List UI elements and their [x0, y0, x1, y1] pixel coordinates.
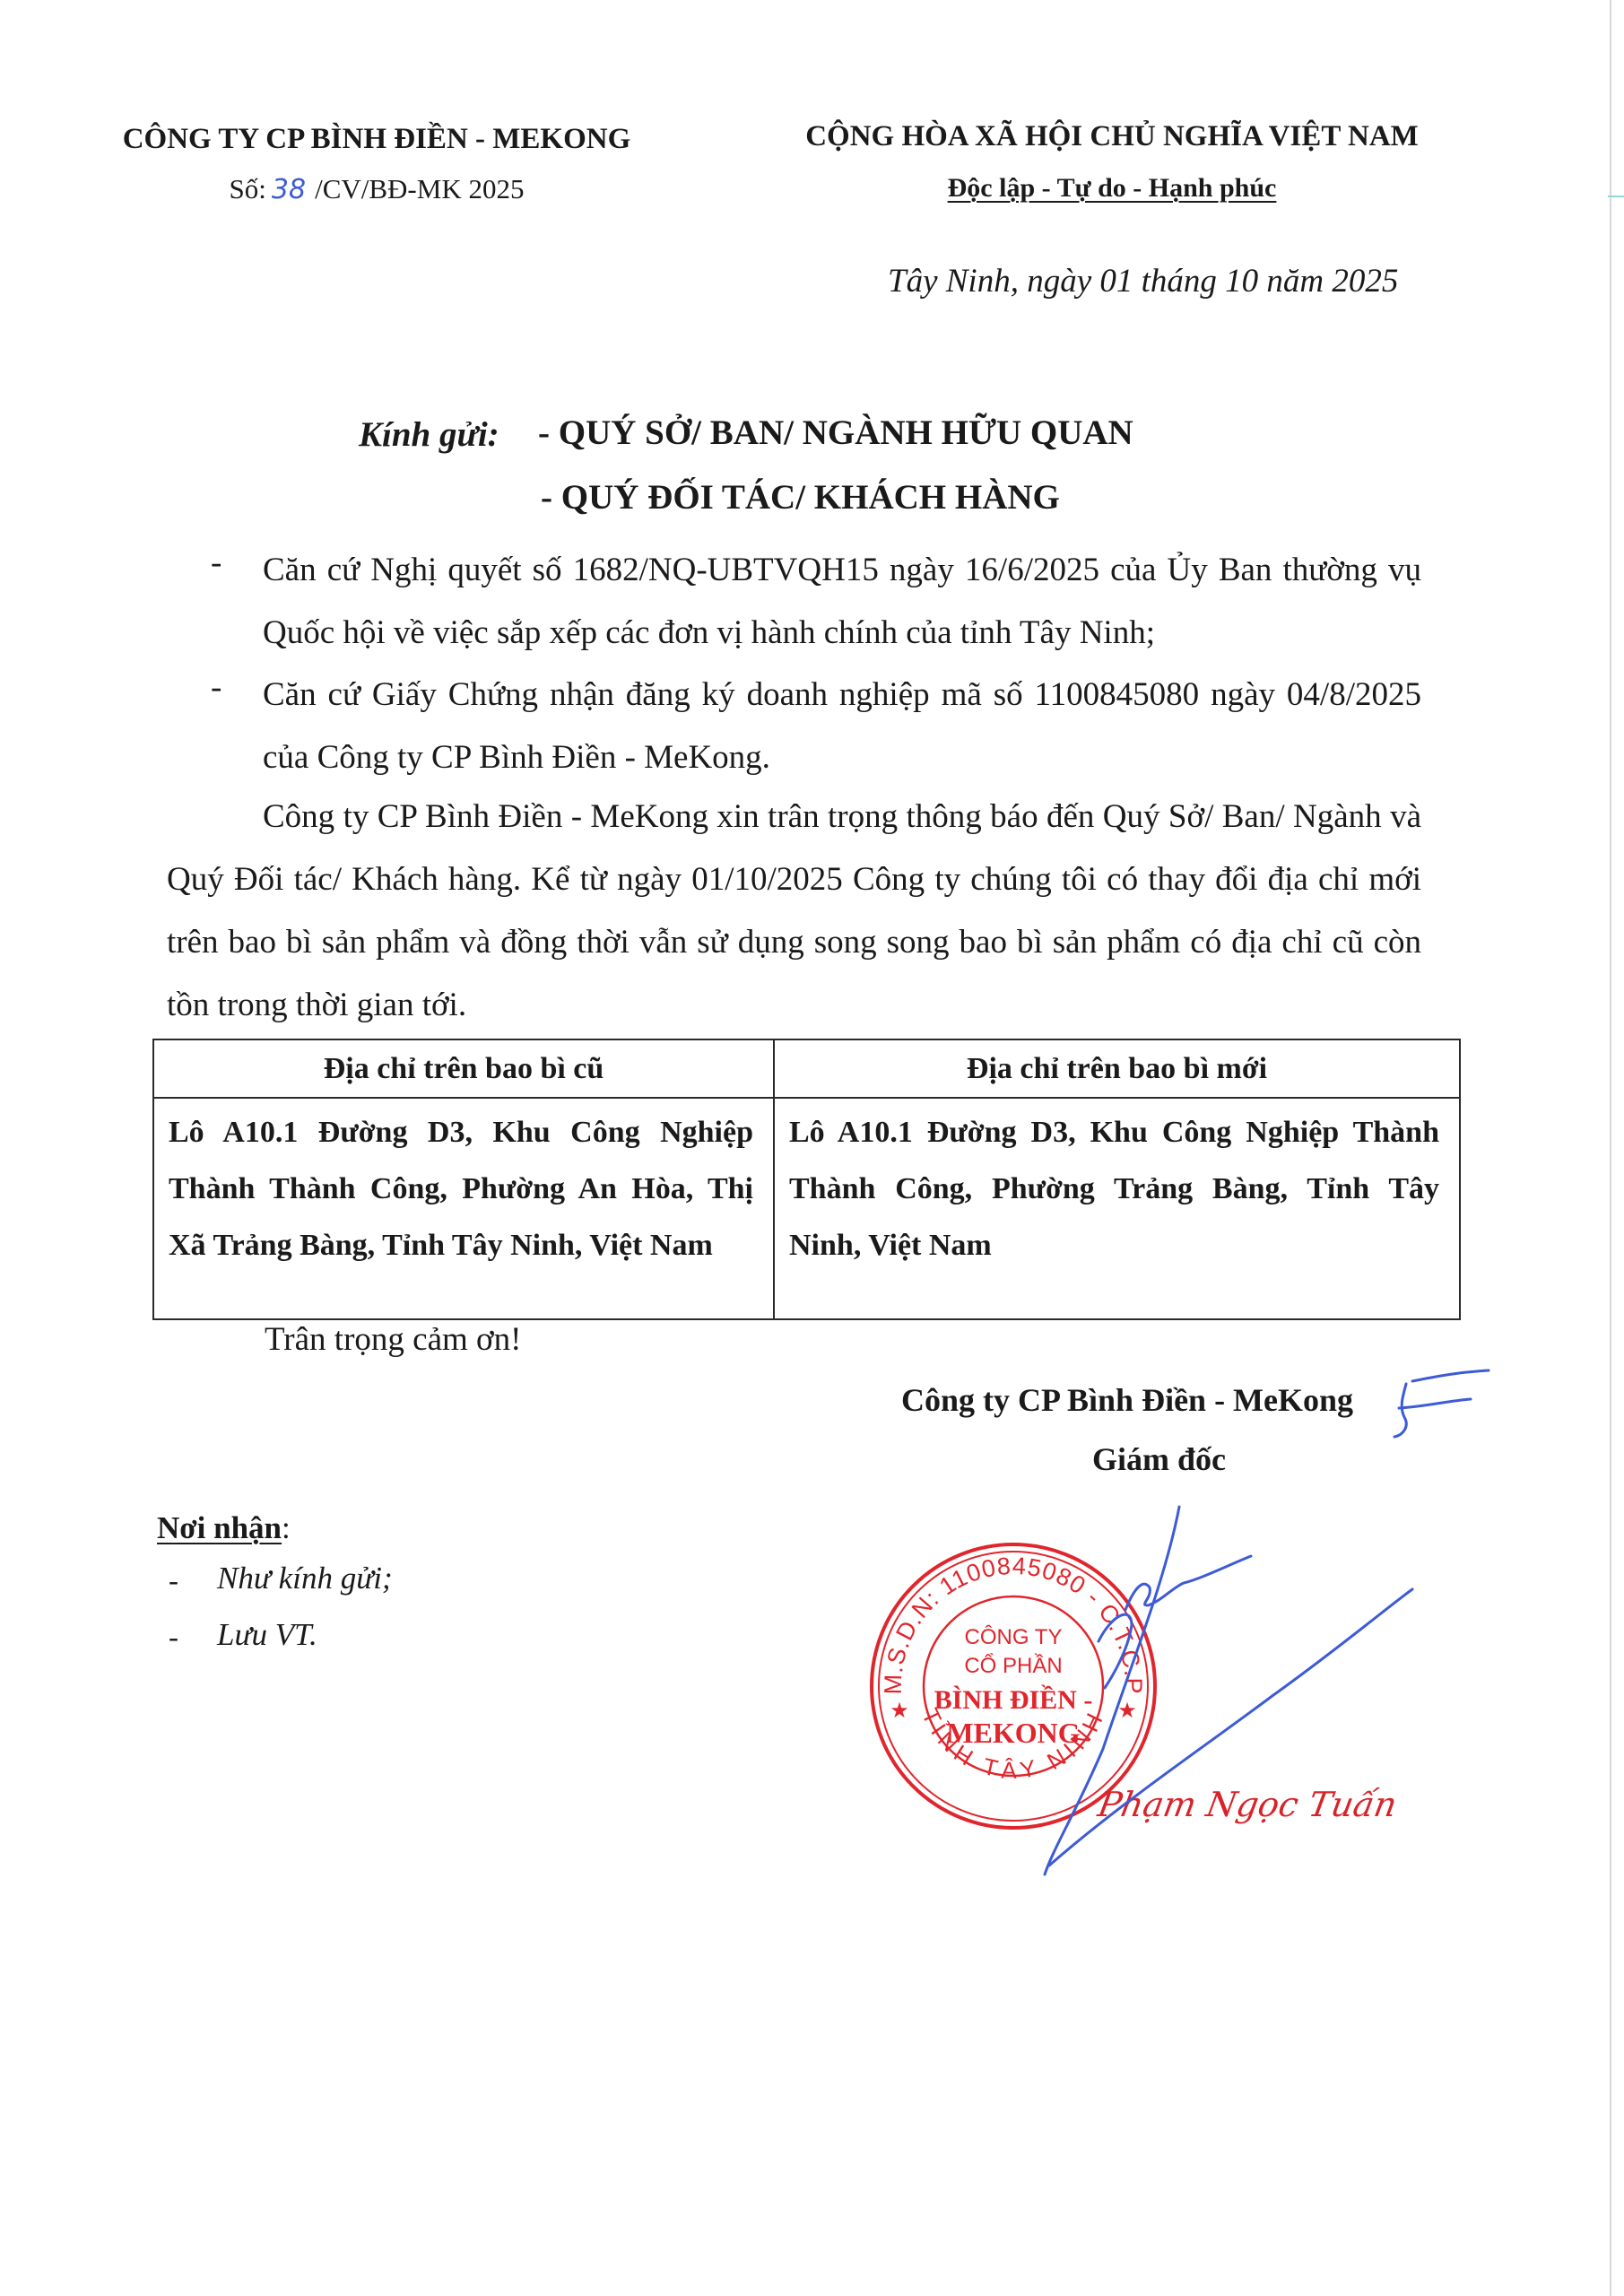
stamp-center-line: BÌNH ĐIỀN -	[934, 1684, 1093, 1715]
document-number-label: Số:	[230, 173, 266, 204]
header-new-address: Địa chỉ trên bao bì mới	[774, 1039, 1460, 1098]
national-motto: Độc lập - Tự do - Hạnh phúc	[780, 173, 1444, 204]
distribution-item: Như kính gửi;	[217, 1561, 393, 1596]
signature-title: Giám đốc	[1092, 1440, 1226, 1478]
recipient-line: - QUÝ ĐỐI TÁC/ KHÁCH HÀNG	[541, 477, 1060, 517]
recipients-label: Kính gửi:	[359, 414, 499, 455]
table-header-row: Địa chỉ trên bao bì cũ Địa chỉ trên bao …	[153, 1039, 1460, 1098]
address-table: Địa chỉ trên bao bì cũ Địa chỉ trên bao …	[152, 1039, 1461, 1320]
scan-edge-mark	[1608, 196, 1624, 197]
stamp-star-icon: ★	[890, 1700, 909, 1723]
legal-basis-item: Căn cứ Giấy Chứng nhận đăng ký doanh ngh…	[263, 664, 1421, 789]
signature-company: Công ty CP Bình Điền - MeKong	[901, 1381, 1353, 1419]
stamp-center-line: CỔ PHẦN	[964, 1653, 1062, 1678]
distribution-label-text: Nơi nhận	[157, 1510, 282, 1545]
bullet-dash: -	[211, 544, 221, 582]
announcement-paragraph: Công ty CP Bình Điền - MeKong xin trân t…	[167, 786, 1421, 1037]
national-motto-text: Độc lập - Tự do - Hạnh phúc	[948, 173, 1277, 203]
bullet-dash: -	[169, 1622, 178, 1655]
stamp-center-line: CÔNG TY	[965, 1624, 1063, 1649]
legal-basis-item: Căn cứ Nghị quyết số 1682/NQ-UBTVQH15 ng…	[263, 539, 1421, 665]
document-number: Số:38/CV/BĐ-MK 2025	[90, 173, 664, 205]
recipient-line: - QUÝ SỞ/ BAN/ NGÀNH HỮU QUAN	[538, 413, 1133, 453]
distribution-item: Lưu VT.	[217, 1617, 317, 1653]
bullet-dash: -	[169, 1565, 178, 1598]
place-date: Tây Ninh, ngày 01 tháng 10 năm 2025	[888, 262, 1398, 300]
bullet-dash: -	[211, 668, 221, 707]
stamp-star-icon: ★	[1117, 1700, 1137, 1723]
nation-title: CỘNG HÒA XÃ HỘI CHỦ NGHĨA VIỆT NAM	[780, 120, 1444, 153]
company-name: CÔNG TY CP BÌNH ĐIỀN - MEKONG	[90, 123, 664, 156]
table-row: Lô A10.1 Đường D3, Khu Công Nghiệp Thành…	[153, 1098, 1460, 1319]
distribution-label: Nơi nhận:	[157, 1510, 291, 1546]
document-number-handwritten: 38	[272, 174, 306, 205]
distribution-colon: :	[282, 1510, 291, 1545]
stamp-center-line: MEKONG	[946, 1717, 1080, 1749]
header-old-address: Địa chỉ trên bao bì cũ	[153, 1039, 774, 1098]
document-number-suffix: /CV/BĐ-MK 2025	[315, 173, 524, 204]
scan-edge-line	[1610, 0, 1611, 2296]
new-address-cell: Lô A10.1 Đường D3, Khu Công Nghiệp Thành…	[774, 1098, 1460, 1319]
closing-thanks: Trân trọng cảm ơn!	[265, 1320, 521, 1359]
old-address-cell: Lô A10.1 Đường D3, Khu Công Nghiệp Thành…	[153, 1098, 774, 1319]
signer-name: Phạm Ngọc Tuấn	[1095, 1785, 1400, 1824]
